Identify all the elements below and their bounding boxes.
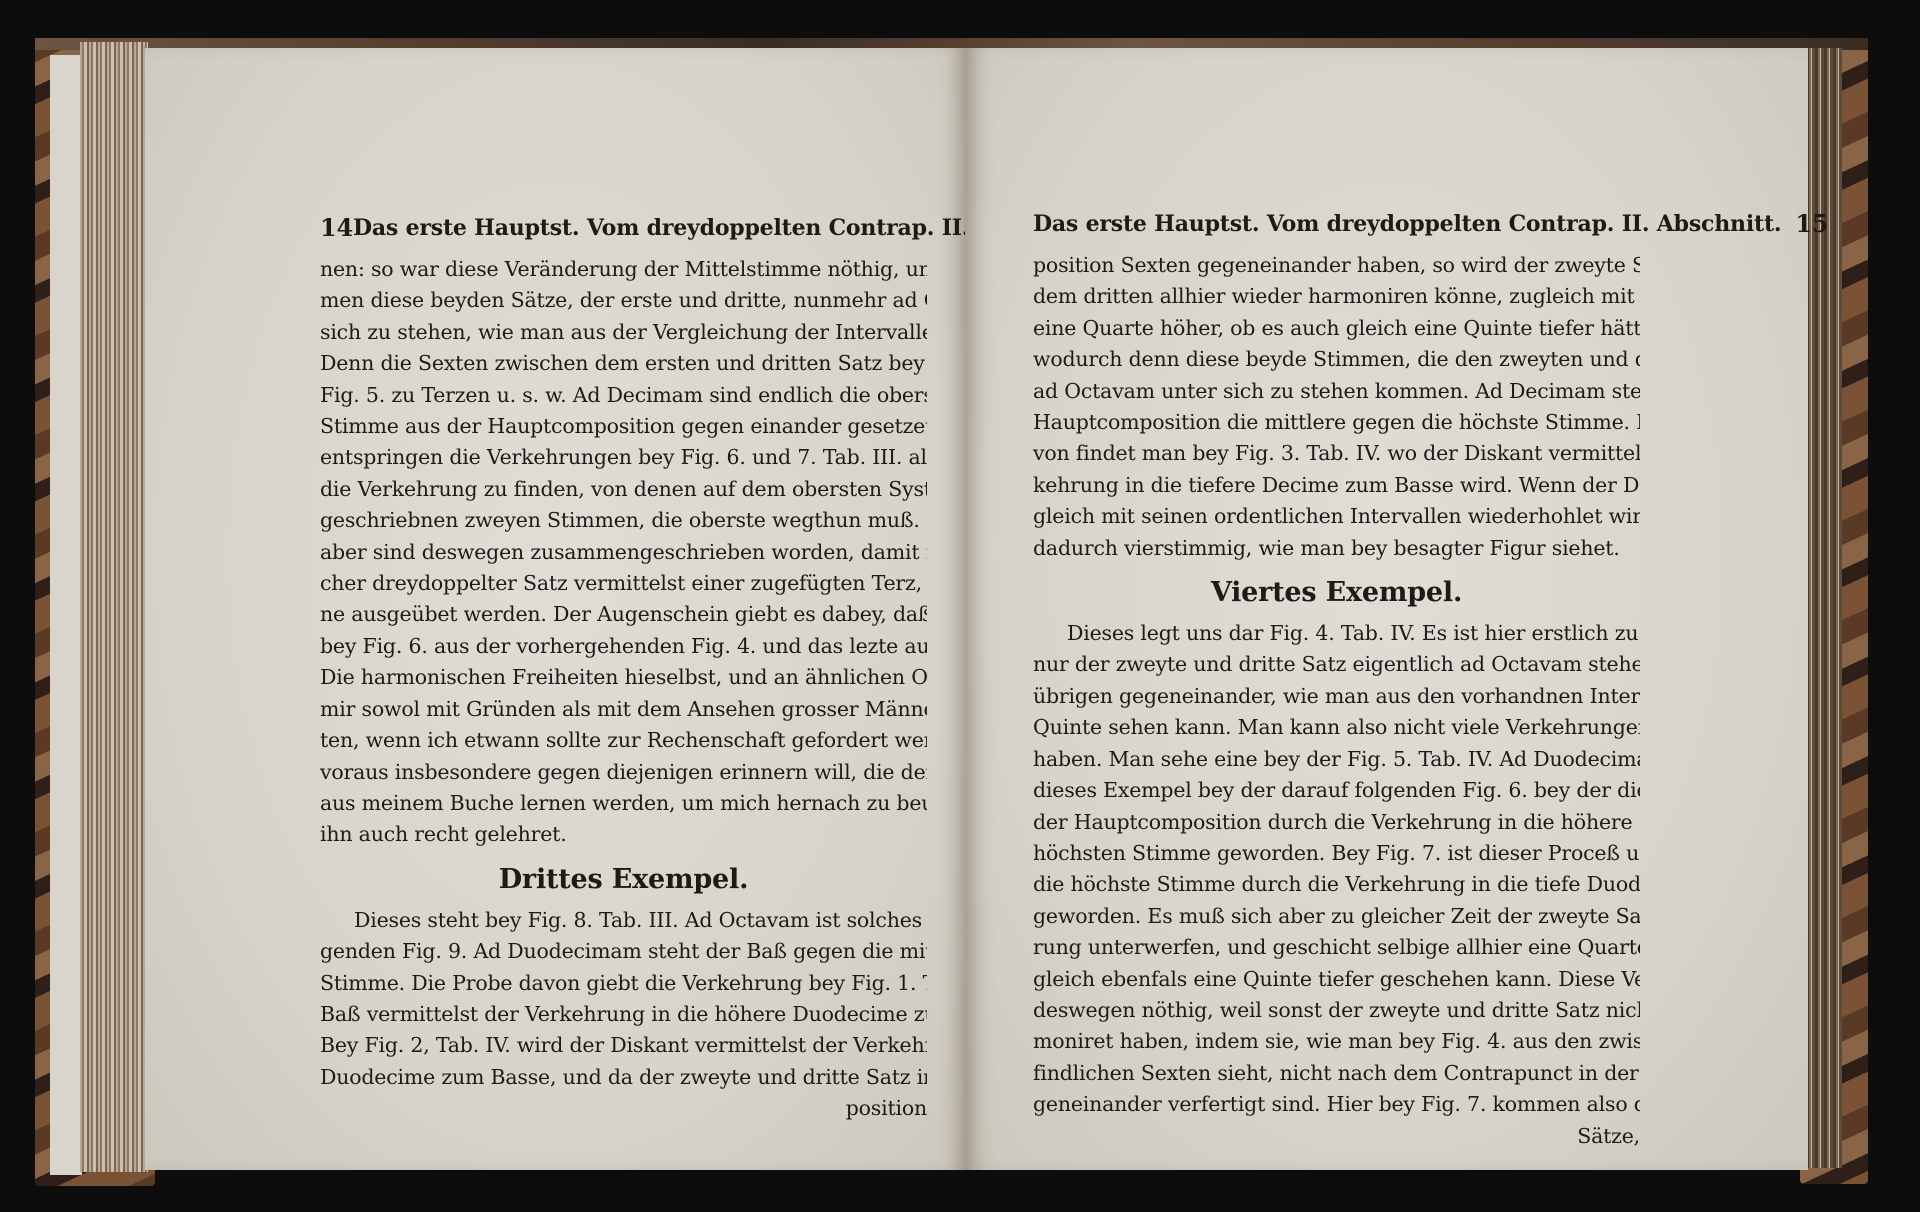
text-line: Stimme. Die Probe davon giebt die Verkeh… <box>320 968 927 999</box>
left-page: 14 Das erste Hauptst. Vom dreydoppelten … <box>145 48 967 1170</box>
text-line: dem dritten allhier wieder harmoniren kö… <box>1033 281 1640 312</box>
text-line: geworden. Es muß sich aber zu gleicher Z… <box>1033 901 1640 932</box>
text-line: übrigen gegeneinander, wie man aus den v… <box>1033 681 1640 712</box>
running-head: 14 Das erste Hauptst. Vom dreydoppelten … <box>320 208 927 254</box>
text-line: haben. Man sehe eine bey der Fig. 5. Tab… <box>1033 744 1640 775</box>
text-line: Quinte sehen kann. Man kann also nicht v… <box>1033 712 1640 743</box>
text-line: moniret haben, indem sie, wie man bey Fi… <box>1033 1026 1640 1057</box>
left-page-text: 14 Das erste Hauptst. Vom dreydoppelten … <box>320 208 927 1125</box>
text-line: entspringen die Verkehrungen bey Fig. 6.… <box>320 442 927 473</box>
running-head-title: Das erste Hauptst. Vom dreydoppelten Con… <box>1033 204 1781 250</box>
text-line: Baß vermittelst der Verkehrung in die hö… <box>320 999 927 1030</box>
paragraph: nen: so war diese Veränderung der Mittel… <box>320 254 927 851</box>
text-line: geschriebnen zweyen Stimmen, die oberste… <box>320 505 927 536</box>
flyleaf-edge <box>50 55 82 1175</box>
text-line: die Verkehrung zu finden, von denen auf … <box>320 474 927 505</box>
section-heading: Viertes Exempel. <box>1033 574 1640 612</box>
text-line: voraus insbesondere gegen diejenigen eri… <box>320 757 927 788</box>
text-line: deswegen nöthig, weil sonst der zweyte u… <box>1033 995 1640 1026</box>
text-line: nur der zweyte und dritte Satz eigentlic… <box>1033 649 1640 680</box>
catchword: position <box>320 1093 927 1124</box>
text-line: position Sexten gegeneinander haben, so … <box>1033 250 1640 281</box>
text-line: men diese beyden Sätze, der erste und dr… <box>320 285 927 316</box>
text-line: ihn auch recht gelehret. <box>320 819 927 850</box>
text-line: Bey Fig. 2, Tab. IV. wird der Diskant ve… <box>320 1030 927 1061</box>
page-number: 15 <box>1795 204 1828 250</box>
paragraph: Dieses steht bey Fig. 8. Tab. III. Ad Oc… <box>320 905 927 1125</box>
text-line: ne ausgeübet werden. Der Augenschein gie… <box>320 599 927 630</box>
page-block-left <box>80 42 148 1172</box>
text-line: der Hauptcomposition durch die Verkehrun… <box>1033 807 1640 838</box>
right-page-text: Das erste Hauptst. Vom dreydoppelten Con… <box>1033 204 1640 1152</box>
right-page: Das erste Hauptst. Vom dreydoppelten Con… <box>965 48 1808 1170</box>
text-line: eine Quarte höher, ob es auch gleich ein… <box>1033 313 1640 344</box>
text-line: wodurch denn diese beyde Stimmen, die de… <box>1033 344 1640 375</box>
text-line: Fig. 5. zu Terzen u. s. w. Ad Decimam si… <box>320 380 927 411</box>
text-line: gleich mit seinen ordentlichen Intervall… <box>1033 501 1640 532</box>
page-number: 14 <box>320 208 353 254</box>
text-line: ad Octavam unter sich zu stehen kommen. … <box>1033 376 1640 407</box>
text-line: nen: so war diese Veränderung der Mittel… <box>320 254 927 285</box>
text-line: aber sind deswegen zusammengeschrieben w… <box>320 537 927 568</box>
text-line: geneinander verfertigt sind. Hier bey Fi… <box>1033 1089 1640 1120</box>
text-line: ten, wenn ich etwann sollte zur Rechensc… <box>320 725 927 756</box>
text-line: cher dreydoppelter Satz vermittelst eine… <box>320 568 927 599</box>
text-line: Duodecime zum Basse, und da der zweyte u… <box>320 1062 927 1093</box>
text-line: die höchste Stimme durch die Verkehrung … <box>1033 869 1640 900</box>
text-line: findlichen Sexten sieht, nicht nach dem … <box>1033 1058 1640 1089</box>
text-line: genden Fig. 9. Ad Duodecimam steht der B… <box>320 936 927 967</box>
text-line: dieses Exempel bey der darauf folgenden … <box>1033 775 1640 806</box>
text-line: Die harmonischen Freiheiten hieselbst, u… <box>320 662 927 693</box>
text-line: Dieses legt uns dar Fig. 4. Tab. IV. Es … <box>1033 618 1640 649</box>
text-line: rung unterwerfen, und geschicht selbige … <box>1033 932 1640 963</box>
section-heading: Drittes Exempel. <box>320 861 927 899</box>
text-line: Denn die Sexten zwischen dem ersten und … <box>320 348 927 379</box>
text-line: aus meinem Buche lernen werden, um mich … <box>320 788 927 819</box>
text-line: bey Fig. 6. aus der vorhergehenden Fig. … <box>320 631 927 662</box>
text-line: gleich ebenfals eine Quinte tiefer gesch… <box>1033 964 1640 995</box>
text-line: höchsten Stimme geworden. Bey Fig. 7. is… <box>1033 838 1640 869</box>
paragraph: position Sexten gegeneinander haben, so … <box>1033 250 1640 564</box>
text-line: Stimme aus der Hauptcomposition gegen ei… <box>320 411 927 442</box>
paragraph: Dieses legt uns dar Fig. 4. Tab. IV. Es … <box>1033 618 1640 1152</box>
text-line: mir sowol mit Gründen als mit dem Ansehe… <box>320 694 927 725</box>
catchword: Sätze, <box>1033 1121 1640 1152</box>
text-line: dadurch vierstimmig, wie man bey besagte… <box>1033 533 1640 564</box>
text-line: sich zu stehen, wie man aus der Vergleic… <box>320 317 927 348</box>
running-head: Das erste Hauptst. Vom dreydoppelten Con… <box>1033 204 1640 250</box>
text-line: Dieses steht bey Fig. 8. Tab. III. Ad Oc… <box>320 905 927 936</box>
text-line: von findet man bey Fig. 3. Tab. IV. wo d… <box>1033 438 1640 469</box>
text-line: kehrung in die tiefere Decime zum Basse … <box>1033 470 1640 501</box>
text-line: Hauptcomposition die mittlere gegen die … <box>1033 407 1640 438</box>
